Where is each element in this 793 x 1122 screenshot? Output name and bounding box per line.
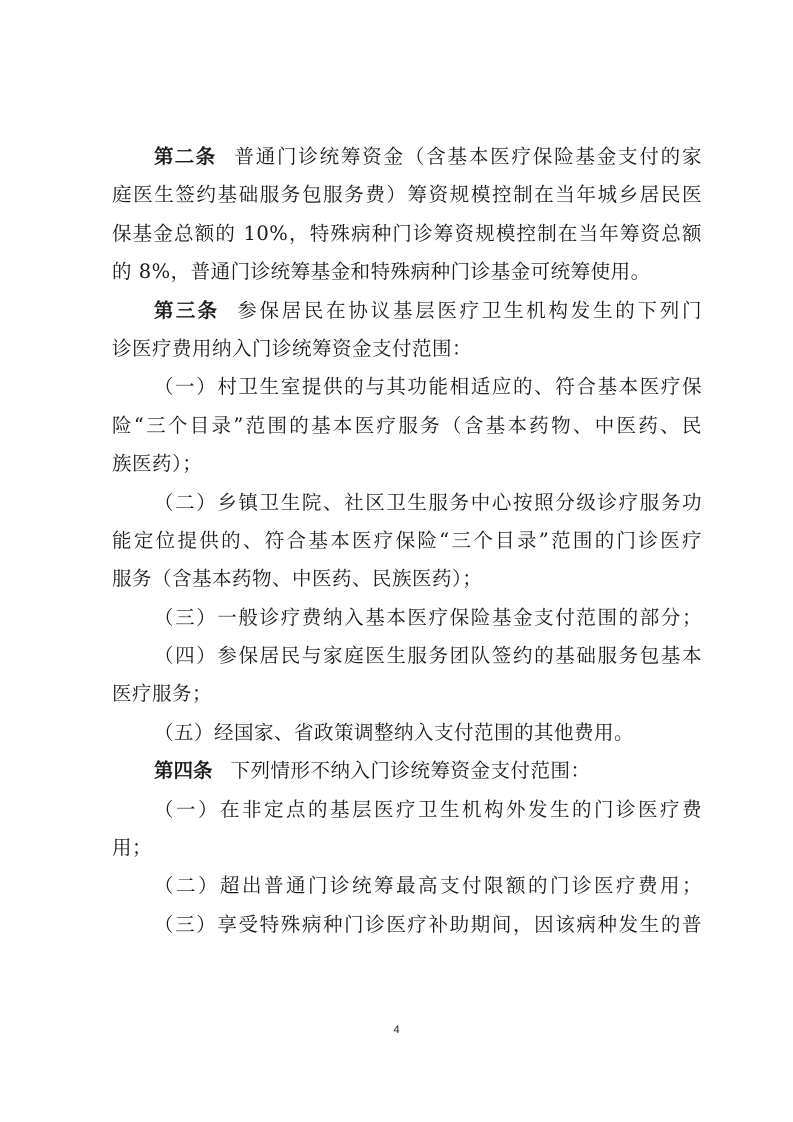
article-2-line-4: 的 8%，普通门诊统筹基金和特殊病种门诊基金可统筹使用。 xyxy=(112,253,702,291)
article-3-item-2: （二）乡镇卫生院、社区卫生服务中心按照分级诊疗服务功 能定位提供的、符合基本医疗… xyxy=(112,484,702,599)
article-2-text-1: 普通门诊统筹资金（含基本医疗保险基金支付的家 xyxy=(234,145,702,168)
article-2-line-1: 第二条普通门诊统筹资金（含基本医疗保险基金支付的家 xyxy=(112,138,702,176)
article-2: 第二条普通门诊统筹资金（含基本医疗保险基金支付的家 庭医生签约基础服务包服务费）… xyxy=(112,138,702,292)
article-4-item-1-line-2: 用； xyxy=(112,829,702,867)
article-4-item-2-line-1: （二）超出普通门诊统筹最高支付限额的门诊医疗费用； xyxy=(112,867,702,905)
article-3-item-1-line-1: （一）村卫生室提供的与其功能相适应的、符合基本医疗保 xyxy=(112,368,702,406)
article-3-item-2-line-2: 能定位提供的、符合基本医疗保险“三个目录”范围的门诊医疗 xyxy=(112,522,702,560)
article-3-item-1: （一）村卫生室提供的与其功能相适应的、符合基本医疗保 险“三个目录”范围的基本医… xyxy=(112,368,702,483)
article-4-item-1-line-1: （一）在非定点的基层医疗卫生机构外发生的门诊医疗费 xyxy=(112,791,702,829)
article-3-item-3: （三）一般诊疗费纳入基本医疗保险基金支付范围的部分； xyxy=(112,599,702,637)
article-3-item-5: （五）经国家、省政策调整纳入支付范围的其他费用。 xyxy=(112,714,702,752)
article-3-line-1: 第三条参保居民在协议基层医疗卫生机构发生的下列门 xyxy=(112,292,702,330)
article-3-text-1: 参保居民在协议基层医疗卫生机构发生的下列门 xyxy=(237,299,702,322)
article-3-item-3-line-1: （三）一般诊疗费纳入基本医疗保险基金支付范围的部分； xyxy=(112,599,702,637)
article-3-item-4-line-1: （四）参保居民与家庭医生服务团队签约的基础服务包基本 xyxy=(112,637,702,675)
article-3-item-2-line-1: （二）乡镇卫生院、社区卫生服务中心按照分级诊疗服务功 xyxy=(112,484,702,522)
article-3-item-1-line-3: 族医药）； xyxy=(112,445,702,483)
article-3: 第三条参保居民在协议基层医疗卫生机构发生的下列门 诊医疗费用纳入门诊统筹资金支付… xyxy=(112,292,702,753)
article-3-item-4: （四）参保居民与家庭医生服务团队签约的基础服务包基本 医疗服务； xyxy=(112,637,702,714)
article-4-item-2: （二）超出普通门诊统筹最高支付限额的门诊医疗费用； xyxy=(112,867,702,905)
article-3-heading: 第三条 xyxy=(154,299,219,322)
article-2-line-3: 保基金总额的 10%，特殊病种门诊筹资规模控制在当年筹资总额 xyxy=(112,215,702,253)
document-page: 第二条普通门诊统筹资金（含基本医疗保险基金支付的家 庭医生签约基础服务包服务费）… xyxy=(0,0,793,1122)
article-4-item-3-line-1: （三）享受特殊病种门诊医疗补助期间，因该病种发生的普 xyxy=(112,906,702,944)
article-3-item-4-line-2: 医疗服务； xyxy=(112,675,702,713)
article-4-heading: 第四条 xyxy=(154,759,213,782)
article-3-item-5-line-1: （五）经国家、省政策调整纳入支付范围的其他费用。 xyxy=(112,714,702,752)
article-4-line-1: 第四条下列情形不纳入门诊统筹资金支付范围： xyxy=(112,752,702,790)
article-4: 第四条下列情形不纳入门诊统筹资金支付范围： （一）在非定点的基层医疗卫生机构外发… xyxy=(112,752,702,944)
article-3-item-2-line-3: 服务（含基本药物、中医药、民族医药）； xyxy=(112,560,702,598)
article-4-item-3: （三）享受特殊病种门诊医疗补助期间，因该病种发生的普 xyxy=(112,906,702,944)
page-number: 4 xyxy=(0,1024,793,1036)
article-4-item-1: （一）在非定点的基层医疗卫生机构外发生的门诊医疗费 用； xyxy=(112,791,702,868)
article-2-line-2: 庭医生签约基础服务包服务费）筹资规模控制在当年城乡居民医 xyxy=(112,176,702,214)
document-body: 第二条普通门诊统筹资金（含基本医疗保险基金支付的家 庭医生签约基础服务包服务费）… xyxy=(112,138,702,944)
article-2-heading: 第二条 xyxy=(154,145,216,168)
article-3-item-1-line-2: 险“三个目录”范围的基本医疗服务（含基本药物、中医药、民 xyxy=(112,407,702,445)
article-4-text-1: 下列情形不纳入门诊统筹资金支付范围： xyxy=(231,759,591,782)
article-3-line-2: 诊医疗费用纳入门诊统筹资金支付范围： xyxy=(112,330,702,368)
